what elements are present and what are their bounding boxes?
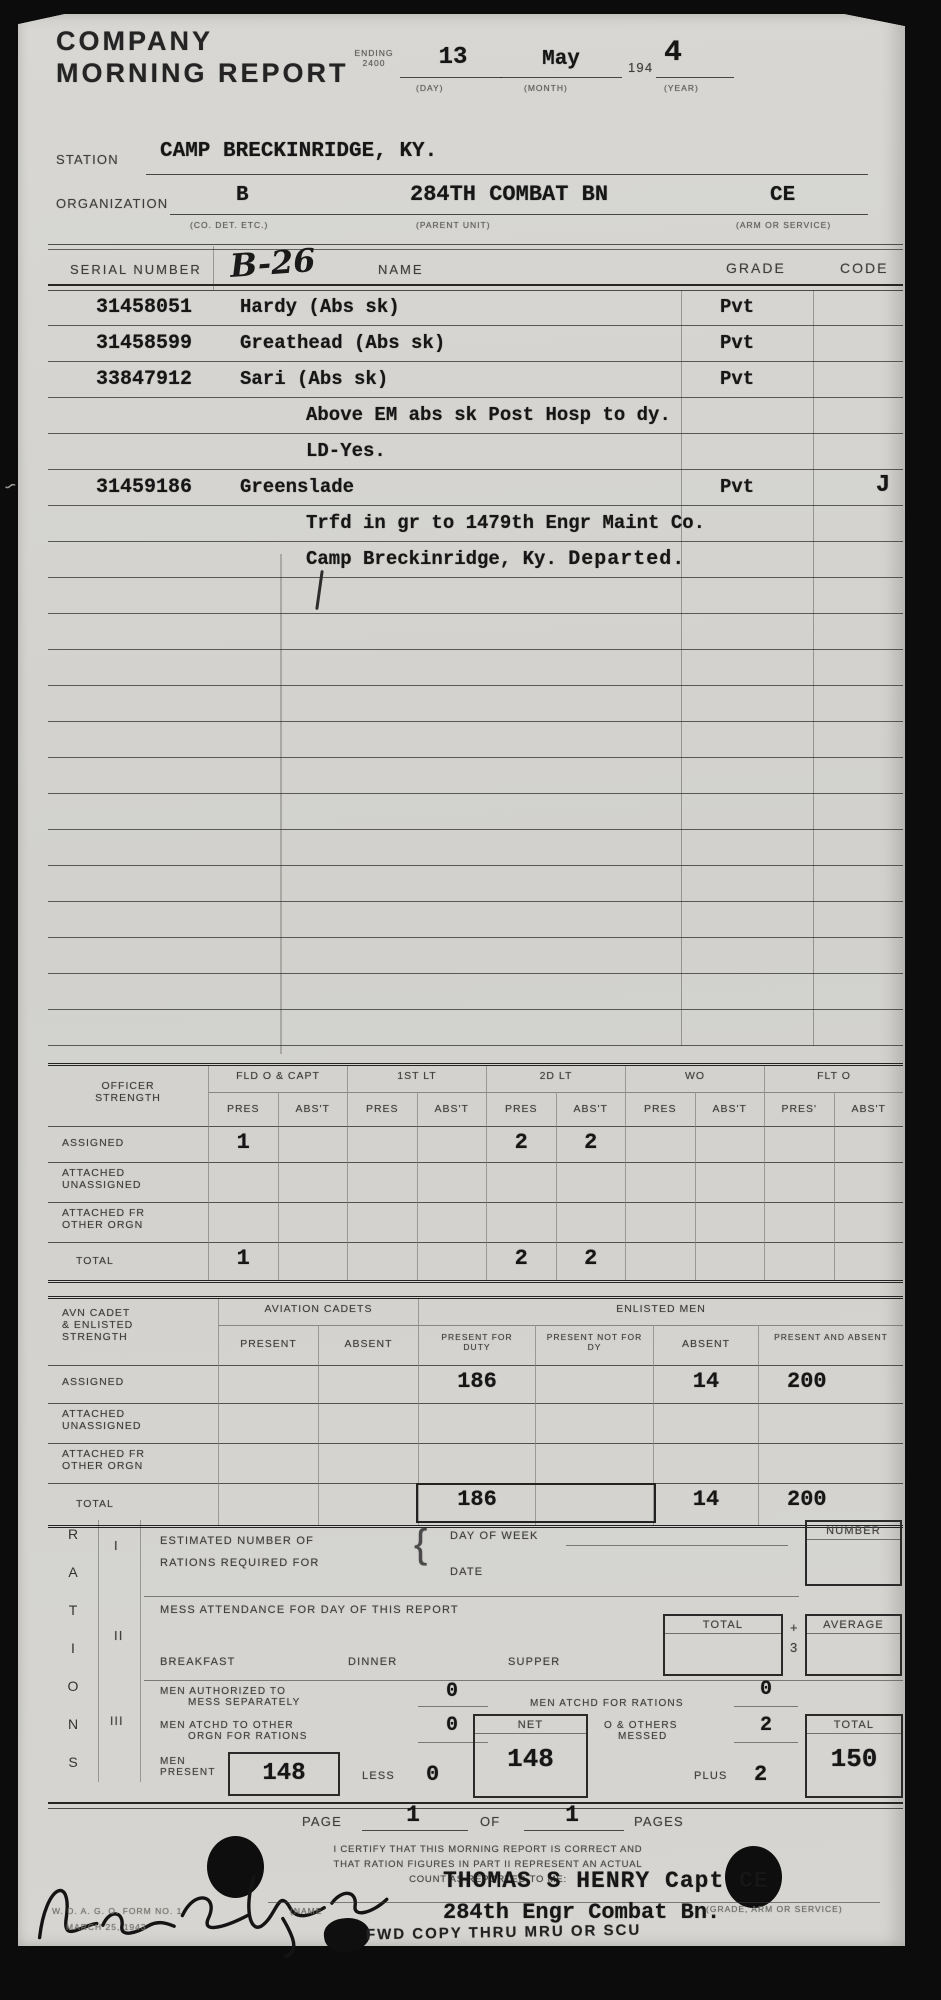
remark-text: Camp Breckinridge, Ky. Departed. xyxy=(306,548,685,571)
roster-unit-handwritten: B-26 xyxy=(229,241,317,285)
enlisted-cell xyxy=(653,1443,758,1483)
empty-roster-line xyxy=(48,686,903,722)
breakfast-label: BREAKFAST xyxy=(160,1656,236,1668)
form-title-line1: COMPANY xyxy=(56,26,213,57)
year-label: (YEAR) xyxy=(664,83,699,93)
less-value: 0 xyxy=(426,1762,439,1787)
enlisted-cell xyxy=(418,1403,535,1443)
officer-cell xyxy=(764,1162,834,1202)
average-box: AVERAGE xyxy=(805,1614,902,1676)
enlisted-cell xyxy=(758,1443,903,1483)
officer-cell: 2 xyxy=(486,1126,556,1162)
dinner-label: DINNER xyxy=(348,1656,397,1668)
enlisted-cell xyxy=(218,1403,318,1443)
rations-letter: N xyxy=(62,1716,84,1732)
rations-numeral-3: III xyxy=(110,1714,124,1728)
pages-label: PAGES xyxy=(634,1814,684,1829)
empty-roster-line xyxy=(48,578,903,614)
officer-cell xyxy=(625,1162,695,1202)
others-messed-value: 2 xyxy=(760,1714,772,1737)
officer-cell xyxy=(556,1202,626,1242)
day-of-week-label: DAY OF WEEK xyxy=(450,1530,539,1542)
rations-divider xyxy=(98,1520,99,1782)
atchd-rations-label: MEN ATCHD FOR RATIONS xyxy=(530,1698,684,1709)
officer-cell xyxy=(834,1126,904,1162)
officer-row-label: ASSIGNED xyxy=(48,1126,208,1162)
officer-cell xyxy=(625,1126,695,1162)
enlisted-subhead: PRESENT AND ABSENT xyxy=(758,1325,903,1365)
empty-roster-line xyxy=(48,650,903,686)
officer-cell: 2 xyxy=(556,1242,626,1280)
enlisted-row-label: ATTACHED UNASSIGNED xyxy=(48,1403,218,1443)
divisor: 3 xyxy=(790,1640,798,1655)
morning-report-form: COMPANY MORNING REPORT ENDING 2400 13 (D… xyxy=(18,14,905,1946)
org-parent-sublabel: (PARENT UNIT) xyxy=(416,220,491,230)
grade-value: Pvt xyxy=(720,368,754,390)
officer-cell: 2 xyxy=(556,1126,626,1162)
officer-cell xyxy=(834,1202,904,1242)
serial-number: 31458051 xyxy=(96,296,192,319)
enlisted-subhead: ABSENT xyxy=(318,1325,418,1365)
officer-group-header: 1ST LT xyxy=(347,1066,486,1092)
officer-cell xyxy=(347,1202,417,1242)
auth-value: 0 xyxy=(446,1680,458,1703)
day-of-week-line xyxy=(566,1545,788,1546)
officer-cell xyxy=(695,1126,765,1162)
officer-strength-table: OFFICER STRENGTH FLD O & CAPT 1ST LT 2D … xyxy=(48,1063,903,1283)
rations-row1-label: ESTIMATED NUMBER OF RATIONS REQUIRED FOR xyxy=(160,1530,319,1574)
of-label: OF xyxy=(480,1814,500,1829)
officer-cell xyxy=(278,1202,348,1242)
enlisted-cell xyxy=(418,1443,535,1483)
officer-cell xyxy=(208,1162,278,1202)
grade-sublabel: (GRADE, ARM OR SERVICE) xyxy=(706,1904,843,1914)
enlisted-cell xyxy=(535,1403,653,1443)
form-date: MARCH 25, 1943 xyxy=(66,1922,147,1932)
enlisted-subhead: PRESENT xyxy=(218,1325,318,1365)
officer-cell xyxy=(347,1126,417,1162)
grade-value: Pvt xyxy=(720,296,754,318)
pages-value: 1 xyxy=(520,1802,624,1828)
roster-row: Camp Breckinridge, Ky. Departed. xyxy=(48,542,903,578)
unit-typed: 284th Engr Combat Bn. xyxy=(443,1900,720,1925)
officer-group-header: 2D LT xyxy=(486,1066,625,1092)
page-line xyxy=(362,1830,468,1831)
month-value: May xyxy=(506,48,616,71)
officer-group-header: WO xyxy=(625,1066,764,1092)
remark-text: Above EM abs sk Post Hosp to dy. xyxy=(306,404,671,426)
rations-divider xyxy=(140,1520,141,1782)
edge-pencil-mark: ∽ xyxy=(1,474,22,499)
empty-roster-line xyxy=(48,614,903,650)
grade-value: Pvt xyxy=(720,332,754,354)
aviation-cadets-header: AVIATION CADETS xyxy=(218,1299,418,1325)
enlisted-total-box xyxy=(416,1483,656,1523)
rations-row-divider xyxy=(144,1680,903,1681)
enlisted-row-label: ASSIGNED xyxy=(48,1365,218,1403)
officer-row-label: ATTACHED UNASSIGNED xyxy=(48,1162,208,1202)
org-arm-sublabel: (ARM OR SERVICE) xyxy=(736,220,831,230)
officer-cell xyxy=(347,1162,417,1202)
form-title-line2: MORNING REPORT xyxy=(56,58,349,89)
enlisted-strength-table: AVN CADET & ENLISTED STRENGTH AVIATION C… xyxy=(48,1296,903,1528)
organization-label: ORGANIZATION xyxy=(56,196,168,211)
officer-cell xyxy=(695,1202,765,1242)
empty-roster-line xyxy=(48,830,903,866)
organization-underline xyxy=(170,214,868,215)
empty-roster-line xyxy=(48,722,903,758)
plus-value: 2 xyxy=(754,1762,767,1787)
rations-numeral-2: II xyxy=(114,1628,124,1643)
org-parent-value: 284TH COMBAT BN xyxy=(410,182,608,207)
officer-subhead: PRES xyxy=(625,1092,695,1126)
code-value: J xyxy=(848,472,918,499)
officer-cell xyxy=(417,1126,487,1162)
station-underline xyxy=(146,174,868,175)
officer-cell xyxy=(347,1242,417,1280)
year-prefix: 194 xyxy=(628,60,653,75)
roster-header-serial: SERIAL NUMBER xyxy=(70,262,202,277)
serial-number: 31458599 xyxy=(96,332,192,355)
grade-value: Pvt xyxy=(720,476,754,498)
form-number: W. D. A. G. O. FORM NO. 1 xyxy=(52,1906,182,1916)
officer-subhead: ABS'T xyxy=(556,1092,626,1126)
officer-row-label: TOTAL xyxy=(48,1242,208,1280)
enlisted-cell xyxy=(218,1483,318,1525)
officer-row-label: ATTACHED FR OTHER ORGN xyxy=(48,1202,208,1242)
roster-header-grade: GRADE xyxy=(726,260,786,276)
soldier-name: Greathead (Abs sk) xyxy=(240,332,445,354)
less-label: LESS xyxy=(362,1770,395,1782)
rations-letter: R xyxy=(62,1526,84,1542)
mess-total-box: TOTAL xyxy=(663,1614,783,1676)
officer-cell: 2 xyxy=(486,1242,556,1280)
enlisted-cell xyxy=(218,1365,318,1403)
atchd-rations-line xyxy=(734,1706,798,1707)
officer-cell xyxy=(417,1242,487,1280)
page-label: PAGE xyxy=(302,1814,342,1829)
soldier-name: Hardy (Abs sk) xyxy=(240,296,400,318)
number-box: NUMBER xyxy=(805,1520,902,1586)
empty-roster-line xyxy=(48,974,903,1010)
enlisted-cell: 200 xyxy=(758,1365,903,1403)
officer-subhead: ABS'T xyxy=(695,1092,765,1126)
empty-roster-line xyxy=(48,902,903,938)
empty-roster-line xyxy=(48,866,903,902)
station-label: STATION xyxy=(56,152,119,167)
others-messed-label: O & OTHERS MESSED xyxy=(604,1720,678,1742)
month-label: (MONTH) xyxy=(524,83,568,93)
enlisted-subhead: PRESENT FOR DUTY xyxy=(418,1325,535,1365)
pages-line xyxy=(524,1830,624,1831)
auth-line xyxy=(418,1706,488,1707)
empty-roster-line xyxy=(48,938,903,974)
others-messed-line xyxy=(734,1742,798,1743)
enlisted-men-header: ENLISTED MEN xyxy=(418,1299,903,1325)
ending-label: ENDING 2400 xyxy=(348,48,400,68)
enlisted-cell xyxy=(653,1403,758,1443)
atchd-rations-value: 0 xyxy=(760,1678,772,1701)
rations-letter: T xyxy=(62,1602,84,1618)
enlisted-cell xyxy=(318,1443,418,1483)
certifying-officer-typed: THOMAS S HENRY Capt CE xyxy=(443,1868,769,1894)
enlisted-cell xyxy=(318,1365,418,1403)
remark-text: Trfd in gr to 1479th Engr Maint Co. xyxy=(306,512,705,534)
roster-header-code: CODE xyxy=(840,260,888,276)
officer-cell xyxy=(278,1242,348,1280)
officer-group-header: FLD O & CAPT xyxy=(208,1066,347,1092)
forwarding-stamp: FWD COPY THRU MRU OR SCU xyxy=(366,1922,641,1944)
officer-cell: 1 xyxy=(208,1126,278,1162)
empty-roster-line xyxy=(48,1010,903,1046)
roster-row: Above EM abs sk Post Hosp to dy. xyxy=(48,398,903,434)
men-present-label: MEN PRESENT xyxy=(160,1756,216,1778)
serial-number: 31459186 xyxy=(96,476,192,499)
empty-roster-line xyxy=(48,794,903,830)
enlisted-subhead: ABSENT xyxy=(653,1325,758,1365)
rations-numeral-1: I xyxy=(114,1538,119,1553)
officer-cell xyxy=(625,1242,695,1280)
org-company-sublabel: (CO. DET. ETC.) xyxy=(190,220,268,230)
enlisted-cell xyxy=(758,1403,903,1443)
officer-cell xyxy=(208,1202,278,1242)
remark-text: LD-Yes. xyxy=(306,440,386,462)
roster-row: 31459186 Greenslade Pvt J xyxy=(48,470,903,506)
roster-row: LD-Yes. xyxy=(48,434,903,470)
enlisted-cell: 200 xyxy=(758,1483,903,1525)
officer-subhead: ABS'T xyxy=(417,1092,487,1126)
name-sublabel: (NAME xyxy=(290,1906,322,1916)
enlisted-cell: 186 xyxy=(418,1365,535,1403)
officer-cell xyxy=(764,1242,834,1280)
roster-top-rule xyxy=(48,244,903,250)
station-value: CAMP BRECKINRIDGE, KY. xyxy=(160,140,437,163)
day-label: (DAY) xyxy=(416,83,444,93)
officer-strength-header: OFFICER STRENGTH xyxy=(48,1066,208,1126)
departed-stamp: Departed. xyxy=(568,548,685,571)
day-value: 13 xyxy=(410,44,496,71)
enlisted-row-label: TOTAL xyxy=(48,1483,218,1525)
month-underline xyxy=(500,77,622,78)
officer-cell: 1 xyxy=(208,1242,278,1280)
officer-subhead: PRES xyxy=(347,1092,417,1126)
serial-number: 33847912 xyxy=(96,368,192,391)
officer-subhead: ABS'T xyxy=(834,1092,904,1126)
org-arm-value: CE xyxy=(770,184,795,207)
enlisted-strength-header: AVN CADET & ENLISTED STRENGTH xyxy=(48,1299,218,1365)
net-box: NET 148 xyxy=(473,1714,588,1798)
men-authorized-label: MEN AUTHORIZED TO MESS SEPARATELY xyxy=(160,1686,300,1708)
officer-subhead: ABS'T xyxy=(278,1092,348,1126)
rations-letter: S xyxy=(62,1754,84,1770)
enlisted-cell xyxy=(318,1483,418,1525)
roster-row: 33847912 Sari (Abs sk) Pvt xyxy=(48,362,903,398)
officer-group-header: FLT O xyxy=(764,1066,903,1092)
officer-cell xyxy=(278,1162,348,1202)
date-label: DATE xyxy=(450,1566,483,1578)
supper-label: SUPPER xyxy=(508,1656,560,1668)
enlisted-cell: 14 xyxy=(653,1365,758,1403)
officer-cell xyxy=(834,1242,904,1280)
officer-cell xyxy=(486,1202,556,1242)
enlisted-cell xyxy=(535,1365,653,1403)
officer-cell xyxy=(695,1242,765,1280)
enlisted-subhead: PRESENT NOT FOR DY xyxy=(535,1325,653,1365)
roster-row: 31458051 Hardy (Abs sk) Pvt xyxy=(48,290,903,326)
enlisted-cell: 14 xyxy=(653,1483,758,1525)
officer-cell xyxy=(486,1162,556,1202)
enlisted-cell xyxy=(318,1403,418,1443)
atchd-other-value: 0 xyxy=(446,1714,458,1737)
rations-total-box: TOTAL 150 xyxy=(805,1714,903,1798)
roster-row: Trfd in gr to 1479th Engr Maint Co. xyxy=(48,506,903,542)
officer-cell xyxy=(278,1126,348,1162)
officer-subhead: PRES xyxy=(208,1092,278,1126)
officer-cell xyxy=(625,1202,695,1242)
officer-cell xyxy=(764,1202,834,1242)
rations-letter: O xyxy=(62,1678,84,1694)
roster-header-name: NAME xyxy=(378,262,424,277)
rations-letter: I xyxy=(62,1640,84,1656)
officer-cell xyxy=(764,1126,834,1162)
officer-subhead: PRES' xyxy=(764,1092,834,1126)
officer-subhead: PRES xyxy=(486,1092,556,1126)
atchd-other-label: MEN ATCHD TO OTHER ORGN FOR RATIONS xyxy=(160,1720,308,1742)
officer-cell xyxy=(695,1162,765,1202)
soldier-name: Sari (Abs sk) xyxy=(240,368,388,390)
divide-sign: + xyxy=(790,1620,799,1635)
men-present-box: 148 xyxy=(228,1752,340,1796)
soldier-name: Greenslade xyxy=(240,476,354,498)
rations-bottom-rule xyxy=(48,1802,903,1809)
officer-cell xyxy=(417,1162,487,1202)
officer-cell xyxy=(417,1202,487,1242)
enlisted-cell xyxy=(535,1443,653,1483)
page-value: 1 xyxy=(358,1802,468,1828)
roster-header-divider xyxy=(213,246,214,290)
plus-label: PLUS xyxy=(694,1770,728,1782)
empty-roster-line xyxy=(48,758,903,794)
enlisted-cell xyxy=(218,1443,318,1483)
mess-attendance-label: MESS ATTENDANCE FOR DAY OF THIS REPORT xyxy=(160,1604,459,1616)
rations-letter: A xyxy=(62,1564,84,1580)
rations-row-divider xyxy=(144,1596,799,1597)
day-underline xyxy=(400,77,502,78)
year-value: 4 xyxy=(664,36,682,70)
rations-brace: { xyxy=(414,1522,429,1567)
year-underline xyxy=(656,77,734,78)
officer-cell xyxy=(556,1162,626,1202)
enlisted-row-label: ATTACHED FR OTHER ORGN xyxy=(48,1443,218,1483)
roster-row: 31458599 Greathead (Abs sk) Pvt xyxy=(48,326,903,362)
officer-cell xyxy=(834,1162,904,1202)
org-company-value: B xyxy=(236,184,249,207)
